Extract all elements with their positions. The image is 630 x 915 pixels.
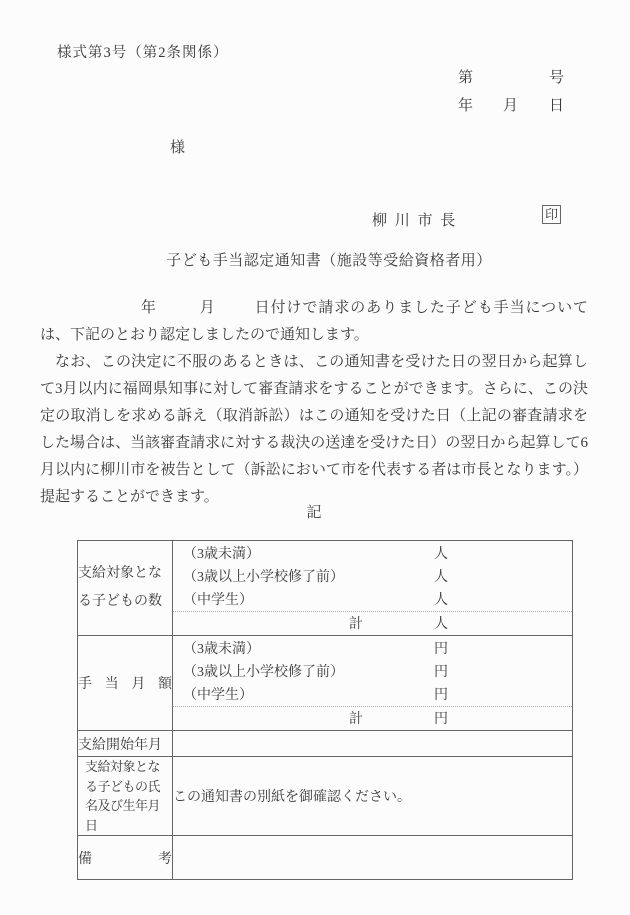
body-paragraph-appeal: なお、この決定に不服のあるときは、この通知書を受けた日の翌日から起算して3月以内… xyxy=(40,349,588,511)
amount-line-preschool: （3歳以上小学校修了前）円 xyxy=(173,659,572,682)
doc-number-prefix: 第 xyxy=(458,66,473,87)
row-value-children-detail: この通知書の別紙を御確認ください。 xyxy=(173,757,573,836)
body-month-label: 月 xyxy=(199,300,216,316)
row-header-payment-start: 支給開始年月 xyxy=(78,731,173,757)
count-line-total: 計人 xyxy=(173,611,572,635)
date-year-label: 年 xyxy=(458,94,473,115)
document-page: 様式第3号（第2条関係） 第 号 年 月 日 様 柳 川 市 長 印 子ども手当… xyxy=(0,0,630,915)
date-day-label: 日 xyxy=(549,94,564,115)
row-value-children-count: （3歳未満）人 （3歳以上小学校修了前）人 （中学生）人 計人 xyxy=(173,541,573,636)
amount-label-juniorhigh: （中学生） xyxy=(183,684,253,704)
body-text: 年月日付けで請求のありました子ども手当については、下記のとおり認定しましたので通… xyxy=(40,295,588,511)
addressee-suffix: 様 xyxy=(170,136,185,157)
body-paragraph-date: 年月日付けで請求のありました子ども手当については、下記のとおり認定しましたので通… xyxy=(40,295,588,349)
row-header-remarks: 備 考 xyxy=(78,836,173,880)
amount-total-label: 計 xyxy=(349,708,363,728)
amount-line-juniorhigh: （中学生）円 xyxy=(173,683,572,706)
count-line-juniorhigh: （中学生）人 xyxy=(173,588,572,611)
count-unit-under3: 人 xyxy=(434,543,448,563)
count-label-under3: （3歳未満） xyxy=(183,543,260,563)
children-count-lines: （3歳未満）人 （3歳以上小学校修了前）人 （中学生）人 計人 xyxy=(173,541,572,635)
body-date-text: 付けで請求のありました子ども手当については、下記のとおり認定しましたので通知しま… xyxy=(40,300,588,343)
seal-mark: 印 xyxy=(542,205,561,224)
record-marker: 記 xyxy=(40,501,588,522)
date-month-label: 月 xyxy=(503,94,518,115)
count-label-preschool: （3歳以上小学校修了前） xyxy=(183,566,344,586)
monthly-allowance-lines: （3歳未満）円 （3歳以上小学校修了前）円 （中学生）円 計円 xyxy=(173,636,572,730)
amount-unit-juniorhigh: 円 xyxy=(434,684,448,704)
doc-number-suffix: 号 xyxy=(549,66,564,87)
amount-unit-preschool: 円 xyxy=(434,661,448,681)
table-row-monthly-allowance: 手 当 月 額 （3歳未満）円 （3歳以上小学校修了前）円 （中学生）円 計円 xyxy=(78,636,573,731)
count-line-preschool: （3歳以上小学校修了前）人 xyxy=(173,564,572,587)
count-line-under3: （3歳未満）人 xyxy=(173,541,572,564)
amount-line-under3: （3歳未満）円 xyxy=(173,636,572,659)
table-row-payment-start: 支給開始年月 xyxy=(78,731,573,757)
row-header-monthly-allowance: 手 当 月 額 xyxy=(78,636,173,731)
body-year-label: 年 xyxy=(140,300,157,316)
count-label-juniorhigh: （中学生） xyxy=(183,589,253,609)
amount-unit-under3: 円 xyxy=(434,638,448,658)
blank-date-space xyxy=(40,311,140,312)
amount-line-total: 計円 xyxy=(173,706,572,730)
row-value-monthly-allowance: （3歳未満）円 （3歳以上小学校修了前）円 （中学生）円 計円 xyxy=(173,636,573,731)
notice-table: 支給対象とな る子どもの数 （3歳未満）人 （3歳以上小学校修了前）人 （中学生… xyxy=(77,540,573,880)
row-value-payment-start xyxy=(173,731,573,757)
body-day-label: 日 xyxy=(254,300,271,316)
issuer-title: 柳 川 市 長 xyxy=(372,209,457,230)
table-row-remarks: 備 考 xyxy=(78,836,573,880)
form-number: 様式第3号（第2条関係） xyxy=(57,41,229,62)
amount-label-under3: （3歳未満） xyxy=(183,638,260,658)
count-unit-juniorhigh: 人 xyxy=(434,589,448,609)
table-row-children-detail: 支給対象とな る子どもの氏 名及び生年月日 この通知書の別紙を御確認ください。 xyxy=(78,757,573,836)
amount-total-unit: 円 xyxy=(434,708,448,728)
document-title: 子ども手当認定通知書（施設等受給資格者用） xyxy=(0,249,630,270)
count-total-unit: 人 xyxy=(434,613,448,633)
row-header-children-count: 支給対象とな る子どもの数 xyxy=(78,541,173,636)
table-row-children-count: 支給対象とな る子どもの数 （3歳未満）人 （3歳以上小学校修了前）人 （中学生… xyxy=(78,541,573,636)
row-header-children-detail: 支給対象とな る子どもの氏 名及び生年月日 xyxy=(78,757,173,836)
count-total-label: 計 xyxy=(349,613,363,633)
row-value-remarks xyxy=(173,836,573,880)
blank-month-space xyxy=(157,311,199,312)
amount-label-preschool: （3歳以上小学校修了前） xyxy=(183,661,344,681)
count-unit-preschool: 人 xyxy=(434,566,448,586)
blank-day-space xyxy=(216,311,254,312)
